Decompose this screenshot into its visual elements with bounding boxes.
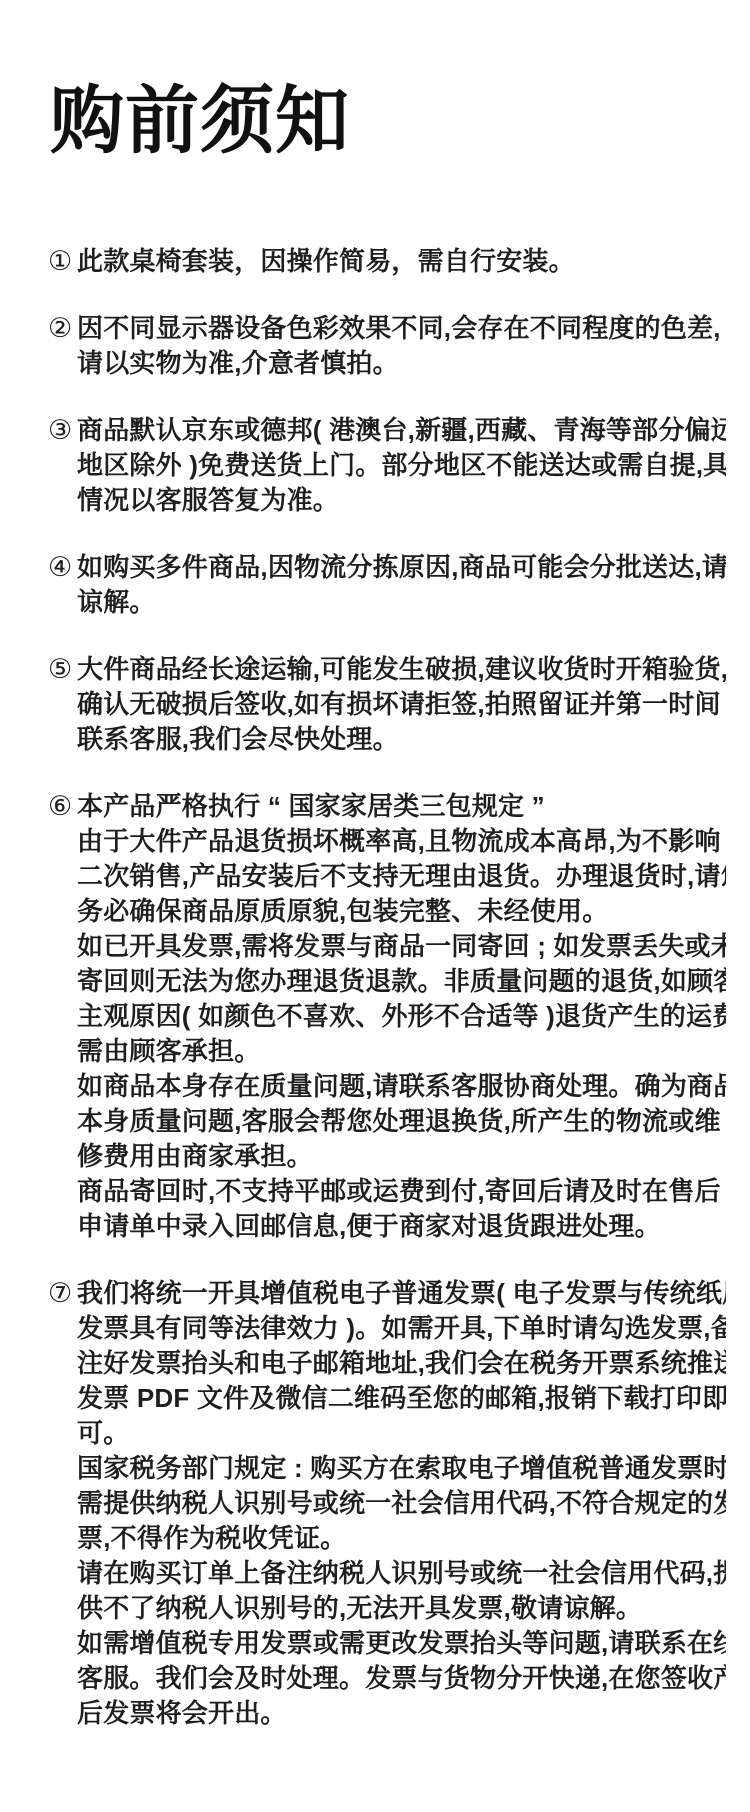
page-title: 购前须知 (0, 0, 750, 158)
notice-number: ⑤ (48, 652, 77, 687)
notice-text: 大件商品经长途运输,可能发生破损,建议收货时开箱验货, 确认无破损后签收,如有损… (77, 652, 726, 757)
pre-purchase-notice-page: 购前须知 ① 此款桌椅套装，因操作简易，需自行安装。 ② 因不同显示器设备色彩效… (0, 0, 750, 1812)
notice-item-1: ① 此款桌椅套装，因操作简易，需自行安装。 (48, 244, 726, 279)
notice-text: 我们将统一开具增值税电子普通发票( 电子发票与传统纸质 发票具有同等法律效力 )… (77, 1276, 726, 1731)
notice-item-4: ④ 如购买多件商品,因物流分拣原因,商品可能会分批送达,请 谅解。 (48, 550, 726, 620)
notice-number: ③ (48, 413, 77, 448)
notice-text: 商品默认京东或德邦( 港澳台,新疆,西藏、青海等部分偏远 地区除外 )免费送货上… (77, 413, 726, 518)
notice-number: ④ (48, 550, 77, 585)
notice-text: 因不同显示器设备色彩效果不同,会存在不同程度的色差, 请以实物为准,介意者慎拍。 (77, 311, 726, 381)
notice-item-3: ③ 商品默认京东或德邦( 港澳台,新疆,西藏、青海等部分偏远 地区除外 )免费送… (48, 413, 726, 518)
notice-number: ⑥ (48, 789, 77, 824)
notice-item-7: ⑦ 我们将统一开具增值税电子普通发票( 电子发票与传统纸质 发票具有同等法律效力… (48, 1276, 726, 1731)
notice-number: ② (48, 311, 77, 346)
notice-item-5: ⑤ 大件商品经长途运输,可能发生破损,建议收货时开箱验货, 确认无破损后签收,如… (48, 652, 726, 757)
notice-list: ① 此款桌椅套装，因操作简易，需自行安装。 ② 因不同显示器设备色彩效果不同,会… (0, 244, 750, 1731)
notice-number: ① (48, 244, 77, 279)
notice-text: 如购买多件商品,因物流分拣原因,商品可能会分批送达,请 谅解。 (77, 550, 726, 620)
notice-text: 此款桌椅套装，因操作简易，需自行安装。 (77, 244, 726, 279)
notice-item-2: ② 因不同显示器设备色彩效果不同,会存在不同程度的色差, 请以实物为准,介意者慎… (48, 311, 726, 381)
notice-number: ⑦ (48, 1276, 77, 1311)
notice-item-6: ⑥ 本产品严格执行 “ 国家家居类三包规定 ” 由于大件产品退货损坏概率高,且物… (48, 789, 726, 1244)
notice-text: 本产品严格执行 “ 国家家居类三包规定 ” 由于大件产品退货损坏概率高,且物流成… (77, 789, 726, 1244)
